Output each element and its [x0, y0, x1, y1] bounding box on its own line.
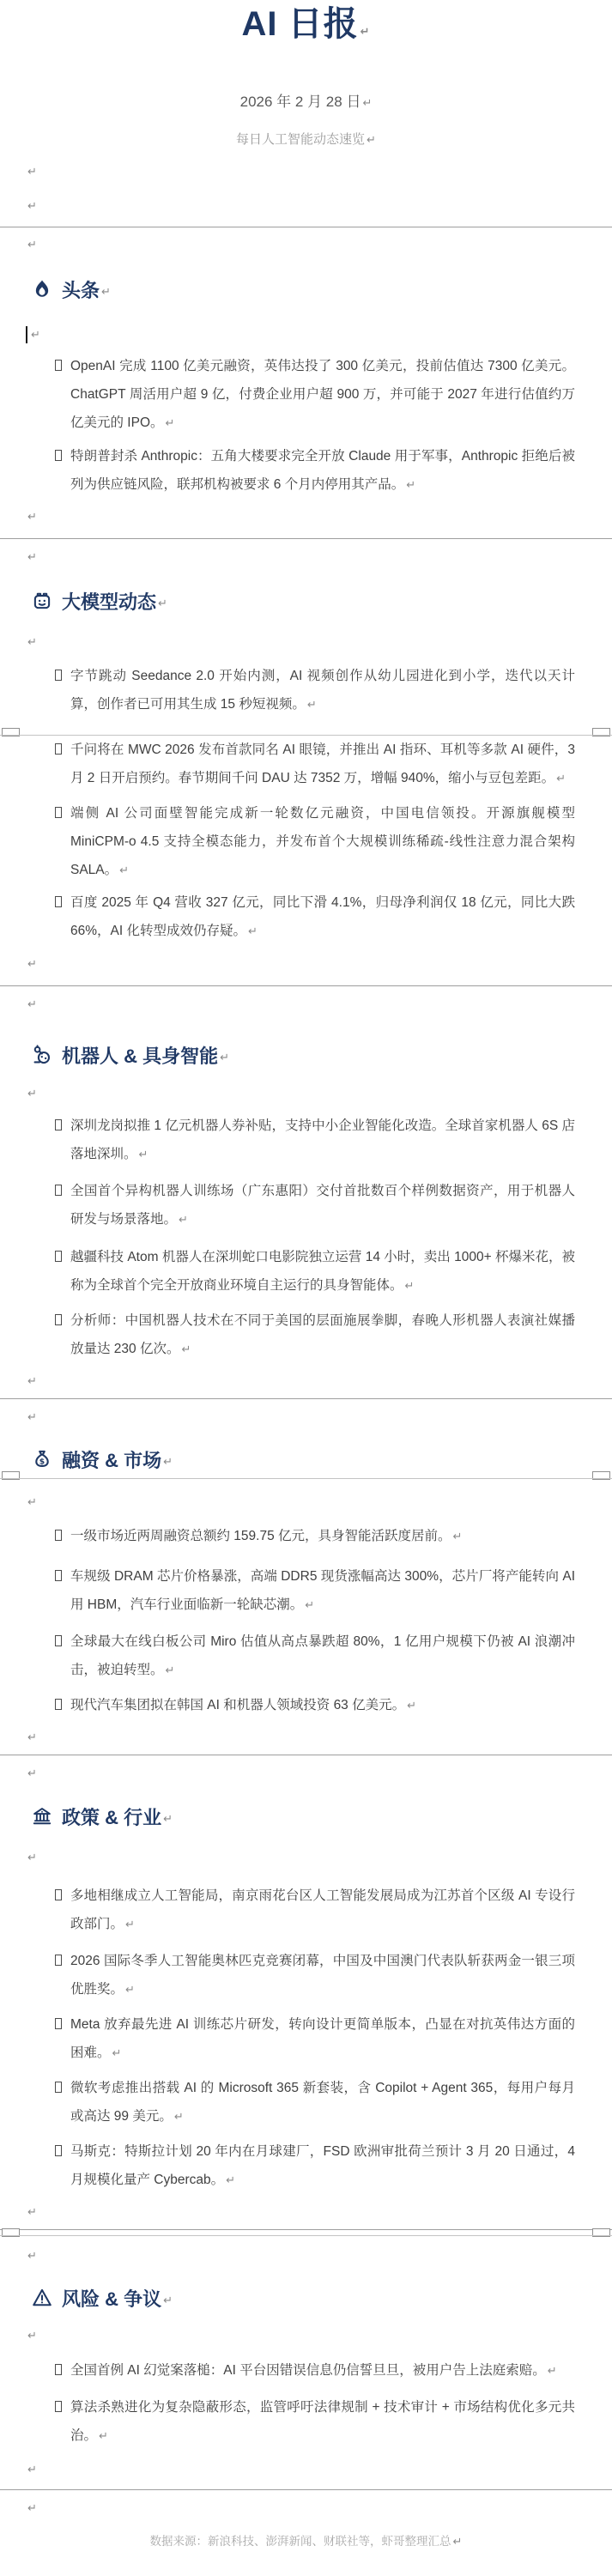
- paragraph-mark: ↵: [362, 97, 372, 110]
- news-item-text: 车规级 DRAM 芯片价格暴涨，高端 DDR5 现货涨幅高达 300%，芯片厂将…: [70, 1569, 575, 1612]
- subtitle-text: 每日人工智能动态速览: [236, 132, 365, 147]
- empty-paragraph[interactable]: ↵: [26, 227, 612, 262]
- paragraph-mark: ↵: [27, 2331, 37, 2342]
- bullet-marker: [55, 896, 62, 907]
- news-item[interactable]: 马斯克：特斯拉计划 20 年内在月球建厂，FSD 欧洲审批荷兰预计 3 月 20…: [70, 2137, 575, 2194]
- bullet-marker: [55, 1570, 62, 1581]
- section-title: 风险 & 争议: [62, 2285, 161, 2312]
- empty-paragraph[interactable]: ↵: [26, 500, 612, 534]
- news-item-text: 百度 2025 年 Q4 营收 327 亿元，同比下滑 4.1%，归母净利润仅 …: [70, 895, 575, 938]
- bullet-marker: [55, 360, 62, 371]
- page-break-indicator: [0, 1471, 612, 1480]
- news-item[interactable]: 全国首个异构机器人训练场（广东惠阳）交付首批数百个样例数据资产，用于机器人研发与…: [70, 1177, 575, 1233]
- paragraph-mark: ↵: [181, 1343, 191, 1356]
- empty-paragraph[interactable]: ↵: [26, 2195, 612, 2229]
- news-item[interactable]: 一级市场近两周融资总额约 159.75 亿元，具身智能活跃度居前。↵: [70, 1522, 575, 1550]
- paragraph-mark: ↵: [31, 330, 40, 341]
- news-item[interactable]: 车规级 DRAM 芯片价格暴涨，高端 DDR5 现货涨幅高达 300%，芯片厂将…: [70, 1562, 575, 1619]
- paragraph-mark: ↵: [27, 1768, 37, 1779]
- news-item-text: 现代汽车集团拟在韩国 AI 和机器人领域投资 63 亿美元。: [70, 1698, 405, 1712]
- paragraph-mark: ↵: [27, 2251, 37, 2262]
- paragraph-mark: ↵: [27, 2207, 37, 2218]
- empty-paragraph[interactable]: ↵: [26, 1400, 612, 1434]
- section-title: 大模型动态: [62, 588, 156, 615]
- news-item[interactable]: 特朗普封杀 Anthropic：五角大楼要求完全开放 Claude 用于军事，A…: [70, 442, 575, 499]
- paragraph-mark: ↵: [27, 167, 37, 178]
- paragraph-mark: ↵: [27, 552, 37, 563]
- paragraph-mark: ↵: [158, 598, 167, 609]
- text-cursor: [26, 326, 27, 343]
- news-item[interactable]: OpenAI 完成 1100 亿美元融资，英伟达投了 300 亿美元，投前估值达…: [70, 352, 575, 437]
- empty-paragraph[interactable]: ↵: [26, 1840, 612, 1875]
- news-item-text: OpenAI 完成 1100 亿美元融资，英伟达投了 300 亿美元，投前估值达…: [70, 359, 575, 430]
- empty-paragraph[interactable]: ↵: [26, 155, 612, 189]
- empty-paragraph[interactable]: ↵: [26, 1720, 612, 1755]
- robot-head-icon: [31, 590, 53, 612]
- section-title: 融资 & 市场: [62, 1446, 161, 1473]
- bullet-marker: [55, 2082, 62, 2093]
- paragraph-mark: ↵: [27, 201, 37, 212]
- paragraph-mark: ↵: [367, 134, 376, 147]
- news-item[interactable]: 深圳龙岗拟推 1 亿元机器人券补贴，支持中小企业智能化改造。全球首家机器人 6S…: [70, 1112, 575, 1168]
- footer-source-line[interactable]: 数据来源：新浪科技、澎湃新闻、财联社等，虾哥整理汇总↵: [0, 2532, 612, 2551]
- news-item-text: 端侧 AI 公司面壁智能完成新一轮数亿元融资，中国电信领投。开源旗舰模型 Min…: [70, 806, 575, 877]
- headlines-list: OpenAI 完成 1100 亿美元融资，英伟达投了 300 亿美元，投前估值达…: [0, 352, 612, 499]
- paragraph-mark: ↵: [307, 699, 317, 712]
- paragraph-mark: ↵: [101, 287, 111, 298]
- robots-list: 深圳龙岗拟推 1 亿元机器人券补贴，支持中小企业智能化改造。全球首家机器人 6S…: [0, 1112, 612, 1363]
- empty-paragraph[interactable]: ↵: [26, 2239, 612, 2273]
- paragraph-mark: ↵: [305, 1599, 314, 1612]
- section-divider: [0, 538, 612, 539]
- bullet-marker: [55, 807, 62, 818]
- news-item-text: 全国首个异构机器人训练场（广东惠阳）交付首批数百个样例数据资产，用于机器人研发与…: [70, 1184, 575, 1227]
- paragraph-mark: ↵: [27, 2464, 37, 2476]
- empty-paragraph[interactable]: ↵: [26, 2452, 612, 2487]
- bullet-marker: [55, 2401, 62, 2412]
- news-item[interactable]: 端侧 AI 公司面壁智能完成新一轮数亿元融资，中国电信领投。开源旗舰模型 Min…: [70, 799, 575, 884]
- paragraph-mark: ↵: [27, 959, 37, 970]
- news-item-text: 多地相继成立人工智能局，南京雨花台区人工智能发展局成为江苏首个区级 AI 专设行…: [70, 1888, 575, 1931]
- news-item-text: 字节跳动 Seedance 2.0 开始内测，AI 视频创作从幼儿园进化到小学，…: [70, 669, 575, 712]
- page-break-indicator: [0, 2228, 612, 2237]
- news-item[interactable]: 全球最大在线白板公司 Miro 估值从高点暴跌超 80%，1 亿用户规模下仍被 …: [70, 1627, 575, 1684]
- news-item-text: 一级市场近两周融资总额约 159.75 亿元，具身智能活跃度居前。: [70, 1529, 451, 1543]
- bullet-marker: [55, 1955, 62, 1966]
- models-list: 字节跳动 Seedance 2.0 开始内测，AI 视频创作从幼儿园进化到小学，…: [0, 662, 612, 945]
- section-divider: [0, 1755, 612, 1755]
- news-item[interactable]: 千问将在 MWC 2026 发布首款同名 AI 眼镜，并推出 AI 指环、耳机等…: [70, 736, 575, 792]
- page-title[interactable]: AI 日报↵: [0, 0, 612, 47]
- empty-paragraph[interactable]: ↵: [26, 2318, 612, 2353]
- paragraph-mark: ↵: [556, 773, 566, 785]
- paragraph-mark: ↵: [548, 2365, 557, 2378]
- policy-list: 多地相继成立人工智能局，南京雨花台区人工智能发展局成为江苏首个区级 AI 专设行…: [0, 1882, 612, 2194]
- paragraph-mark: ↵: [453, 2536, 463, 2549]
- page-break-line: [0, 735, 612, 736]
- news-item-text: 全球最大在线白板公司 Miro 估值从高点暴跌超 80%，1 亿用户规模下仍被 …: [70, 1634, 575, 1677]
- bullet-marker: [55, 2145, 62, 2156]
- paragraph-mark: ↵: [27, 1497, 37, 1508]
- empty-paragraph-with-cursor[interactable]: ↵: [26, 318, 612, 352]
- empty-paragraph[interactable]: ↵: [26, 2491, 612, 2525]
- page-title-text: AI 日报: [241, 5, 358, 43]
- bullet-marker: [55, 2018, 62, 2029]
- paragraph-mark: ↵: [406, 479, 415, 492]
- news-item-text: 马斯克：特斯拉计划 20 年内在月球建厂，FSD 欧洲审批荷兰预计 3 月 20…: [70, 2144, 575, 2187]
- risk-list: 全国首例 AI 幻觉案落槌：AI 平台因错误信息仍信誓旦旦，被用户告上法庭索赔。…: [0, 2356, 612, 2450]
- paragraph-mark: ↵: [248, 925, 258, 938]
- paragraph-mark: ↵: [163, 1814, 173, 1825]
- news-item[interactable]: 微软考虑推出搭载 AI 的 Microsoft 365 新套装，含 Copilo…: [70, 2074, 575, 2131]
- paragraph-mark: ↵: [27, 2503, 37, 2514]
- paragraph-mark: ↵: [27, 1376, 37, 1387]
- paragraph-mark: ↵: [27, 239, 37, 251]
- empty-paragraph[interactable]: ↵: [26, 1076, 612, 1111]
- bullet-marker: [55, 743, 62, 755]
- empty-paragraph[interactable]: ↵: [26, 947, 612, 981]
- paragraph-mark: ↵: [125, 1918, 135, 1931]
- paragraph-mark: ↵: [226, 2174, 235, 2187]
- bullet-marker: [55, 1251, 62, 1262]
- subtitle-line[interactable]: 每日人工智能动态速览↵: [0, 130, 612, 149]
- paragraph-mark: ↵: [27, 1852, 37, 1864]
- paragraph-mark: ↵: [27, 1088, 37, 1100]
- empty-paragraph[interactable]: ↵: [26, 189, 612, 223]
- money-bag-icon: $: [31, 1448, 53, 1470]
- news-item[interactable]: 算法杀熟进化为复杂隐蔽形态，监管呼吁法律规制 + 技术审计 + 市场结构优化多元…: [70, 2393, 575, 2450]
- bullet-marker: [55, 450, 62, 461]
- news-item-text: 越疆科技 Atom 机器人在深圳蛇口电影院独立运营 14 小时，卖出 1000+…: [70, 1250, 575, 1293]
- paragraph-mark: ↵: [174, 2111, 184, 2124]
- news-item[interactable]: 分析师：中国机器人技术在不同于美国的层面施展拳脚，春晚人形机器人表演社媒播放量达…: [70, 1306, 575, 1363]
- bullet-marker: [55, 1119, 62, 1130]
- paragraph-mark: ↵: [27, 637, 37, 648]
- empty-paragraph[interactable]: ↵: [26, 1364, 612, 1398]
- document-page: AI 日报↵ 2026 年 2 月 28 日↵ 每日人工智能动态速览↵ ↵ ↵ …: [0, 0, 612, 2576]
- paragraph-mark: ↵: [99, 2430, 108, 2443]
- news-item[interactable]: 全国首例 AI 幻觉案落槌：AI 平台因错误信息仍信誓旦旦，被用户告上法庭索赔。…: [70, 2356, 575, 2385]
- paragraph-mark: ↵: [361, 26, 371, 39]
- empty-paragraph[interactable]: ↵: [26, 625, 612, 659]
- paragraph-mark: ↵: [119, 864, 129, 877]
- flame-icon: [31, 278, 53, 300]
- page-break-indicator: [0, 728, 612, 736]
- bank-icon: [31, 1805, 53, 1827]
- paragraph-mark: ↵: [27, 999, 37, 1010]
- news-item[interactable]: 字节跳动 Seedance 2.0 开始内测，AI 视频创作从幼儿园进化到小学，…: [70, 662, 575, 718]
- svg-text:$: $: [39, 1458, 45, 1467]
- paragraph-mark: ↵: [112, 2047, 122, 2060]
- paragraph-mark: ↵: [179, 1214, 188, 1227]
- page-break-line: [0, 2235, 612, 2236]
- paragraph-mark: ↵: [27, 1732, 37, 1743]
- empty-paragraph[interactable]: ↵: [26, 540, 612, 574]
- news-item-text: 特朗普封杀 Anthropic：五角大楼要求完全开放 Claude 用于军事，A…: [70, 449, 575, 492]
- paragraph-mark: ↵: [220, 1052, 229, 1064]
- section-title: 头条: [62, 276, 100, 303]
- footer-text: 数据来源：新浪科技、澎湃新闻、财联社等，虾哥整理汇总: [150, 2535, 451, 2548]
- section-divider: [0, 985, 612, 986]
- paragraph-mark: ↵: [27, 1412, 37, 1423]
- empty-paragraph[interactable]: ↵: [26, 1485, 612, 1519]
- robot-arm-icon: [31, 1044, 53, 1066]
- paragraph-mark: ↵: [27, 512, 37, 523]
- paragraph-mark: ↵: [139, 1149, 148, 1161]
- news-item[interactable]: 现代汽车集团拟在韩国 AI 和机器人领域投资 63 亿美元。↵: [70, 1691, 575, 1719]
- bullet-marker: [55, 1314, 62, 1325]
- bullet-marker: [55, 1635, 62, 1646]
- news-item-text: 2026 国际冬季人工智能奥林匹克竞赛闭幕，中国及中国澳门代表队斩获两金一银三项…: [70, 1954, 575, 1997]
- news-item[interactable]: 百度 2025 年 Q4 营收 327 亿元，同比下滑 4.1%，归母净利润仅 …: [70, 888, 575, 945]
- paragraph-mark: ↵: [407, 1700, 416, 1712]
- section-heading-robots[interactable]: 机器人 & 具身智能 ↵: [31, 1036, 612, 1074]
- bullet-marker: [55, 1699, 62, 1710]
- funding-list: 一级市场近两周融资总额约 159.75 亿元，具身智能活跃度居前。↵ 车规级 D…: [0, 1522, 612, 1719]
- paragraph-mark: ↵: [163, 2295, 173, 2306]
- section-heading-headlines[interactable]: 头条 ↵: [31, 270, 612, 308]
- page-break-line: [0, 1478, 612, 1479]
- section-title: 机器人 & 具身智能: [62, 1042, 218, 1069]
- section-heading-policy[interactable]: 政策 & 行业 ↵: [31, 1797, 612, 1835]
- warning-icon: [31, 2287, 53, 2309]
- paragraph-mark: ↵: [166, 1664, 175, 1677]
- news-item-text: 分析师：中国机器人技术在不同于美国的层面施展拳脚，春晚人形机器人表演社媒播放量达…: [70, 1313, 575, 1356]
- news-item-text: 算法杀熟进化为复杂隐蔽形态，监管呼吁法律规制 + 技术审计 + 市场结构优化多元…: [70, 2400, 575, 2443]
- news-item[interactable]: Meta 放弃最先进 AI 训练芯片研发，转向设计更简单版本，凸显在对抗英伟达方…: [70, 2010, 575, 2067]
- news-item-text: 微软考虑推出搭载 AI 的 Microsoft 365 新套装，含 Copilo…: [70, 2081, 575, 2124]
- date-line[interactable]: 2026 年 2 月 28 日↵: [0, 92, 612, 112]
- bullet-marker: [55, 1530, 62, 1541]
- bullet-marker: [55, 1185, 62, 1196]
- empty-paragraph[interactable]: ↵: [26, 1756, 612, 1791]
- paragraph-mark: ↵: [405, 1280, 415, 1293]
- empty-paragraph[interactable]: ↵: [26, 987, 612, 1021]
- news-item-text: 千问将在 MWC 2026 发布首款同名 AI 眼镜，并推出 AI 指环、耳机等…: [70, 742, 575, 785]
- section-title: 政策 & 行业: [62, 1803, 161, 1830]
- section-divider: [0, 1398, 612, 1399]
- paragraph-mark: ↵: [453, 1530, 463, 1543]
- date-text: 2026 年 2 月 28 日: [240, 94, 361, 110]
- bullet-marker: [55, 2364, 62, 2375]
- section-divider: [0, 2489, 612, 2490]
- news-item[interactable]: 2026 国际冬季人工智能奥林匹克竞赛闭幕，中国及中国澳门代表队斩获两金一银三项…: [70, 1947, 575, 2003]
- paragraph-mark: ↵: [163, 1457, 173, 1468]
- section-heading-risk[interactable]: 风险 & 争议 ↵: [31, 2279, 612, 2317]
- paragraph-mark: ↵: [166, 417, 175, 430]
- news-item[interactable]: 越疆科技 Atom 机器人在深圳蛇口电影院独立运营 14 小时，卖出 1000+…: [70, 1243, 575, 1300]
- paragraph-mark: ↵: [125, 1984, 135, 1997]
- news-item[interactable]: 多地相继成立人工智能局，南京雨花台区人工智能发展局成为江苏首个区级 AI 专设行…: [70, 1882, 575, 1938]
- news-item-text: Meta 放弃最先进 AI 训练芯片研发，转向设计更简单版本，凸显在对抗英伟达方…: [70, 2017, 575, 2060]
- bullet-marker: [55, 670, 62, 681]
- section-heading-models[interactable]: 大模型动态 ↵: [31, 582, 612, 620]
- news-item-text: 全国首例 AI 幻觉案落槌：AI 平台因错误信息仍信誓旦旦，被用户告上法庭索赔。: [70, 2363, 546, 2378]
- bullet-marker: [55, 1889, 62, 1900]
